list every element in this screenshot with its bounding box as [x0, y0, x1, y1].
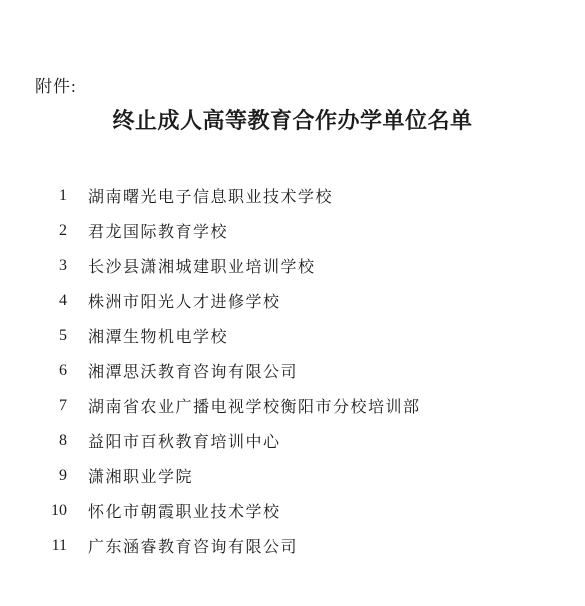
list-item-number: 5	[40, 327, 67, 345]
list-item: 10 怀化市朝霞职业技术学校	[0, 493, 585, 528]
list-item: 2 君龙国际教育学校	[0, 213, 585, 248]
list-item-number: 9	[40, 467, 67, 485]
list-item-number: 10	[40, 502, 67, 520]
list-item: 4 株洲市阳光人才进修学校	[0, 283, 585, 318]
list-item-name: 怀化市朝霞职业技术学校	[88, 499, 281, 522]
list-item: 7 湖南省农业广播电视学校衡阳市分校培训部	[0, 388, 585, 423]
list-item-number: 3	[40, 257, 67, 275]
list-item: 1 湖南曙光电子信息职业技术学校	[0, 178, 585, 213]
list-item-name: 潇湘职业学院	[88, 464, 193, 487]
list-item: 3 长沙县潇湘城建职业培训学校	[0, 248, 585, 283]
list-item-name: 湘潭生物机电学校	[88, 324, 228, 347]
list-item-name: 君龙国际教育学校	[88, 219, 228, 242]
list-item-number: 7	[40, 397, 67, 415]
attachment-label: 附件:	[35, 72, 77, 97]
list-item-number: 6	[40, 362, 67, 380]
list-item-number: 2	[40, 222, 67, 240]
list-item-name: 株洲市阳光人才进修学校	[88, 289, 281, 312]
page-title: 终止成人高等教育合作办学单位名单	[0, 104, 585, 135]
list-item: 5 湘潭生物机电学校	[0, 318, 585, 353]
list-item: 11 广东涵睿教育咨询有限公司	[0, 528, 585, 563]
list-item: 9 潇湘职业学院	[0, 458, 585, 493]
list-item: 8 益阳市百秋教育培训中心	[0, 423, 585, 458]
list-item-number: 11	[40, 537, 67, 555]
list-item: 6 湘潭思沃教育咨询有限公司	[0, 353, 585, 388]
list-item-name: 湖南曙光电子信息职业技术学校	[88, 184, 333, 207]
list-item-name: 湖南省农业广播电视学校衡阳市分校培训部	[88, 394, 421, 417]
list-item-name: 湘潭思沃教育咨询有限公司	[88, 359, 298, 382]
list-item-number: 4	[40, 292, 67, 310]
institution-list: 1 湖南曙光电子信息职业技术学校 2 君龙国际教育学校 3 长沙县潇湘城建职业培…	[0, 178, 585, 563]
list-item-name: 益阳市百秋教育培训中心	[88, 429, 281, 452]
list-item-name: 广东涵睿教育咨询有限公司	[88, 534, 298, 557]
list-item-number: 1	[40, 187, 67, 205]
list-item-number: 8	[40, 432, 67, 450]
list-item-name: 长沙县潇湘城建职业培训学校	[88, 254, 316, 277]
